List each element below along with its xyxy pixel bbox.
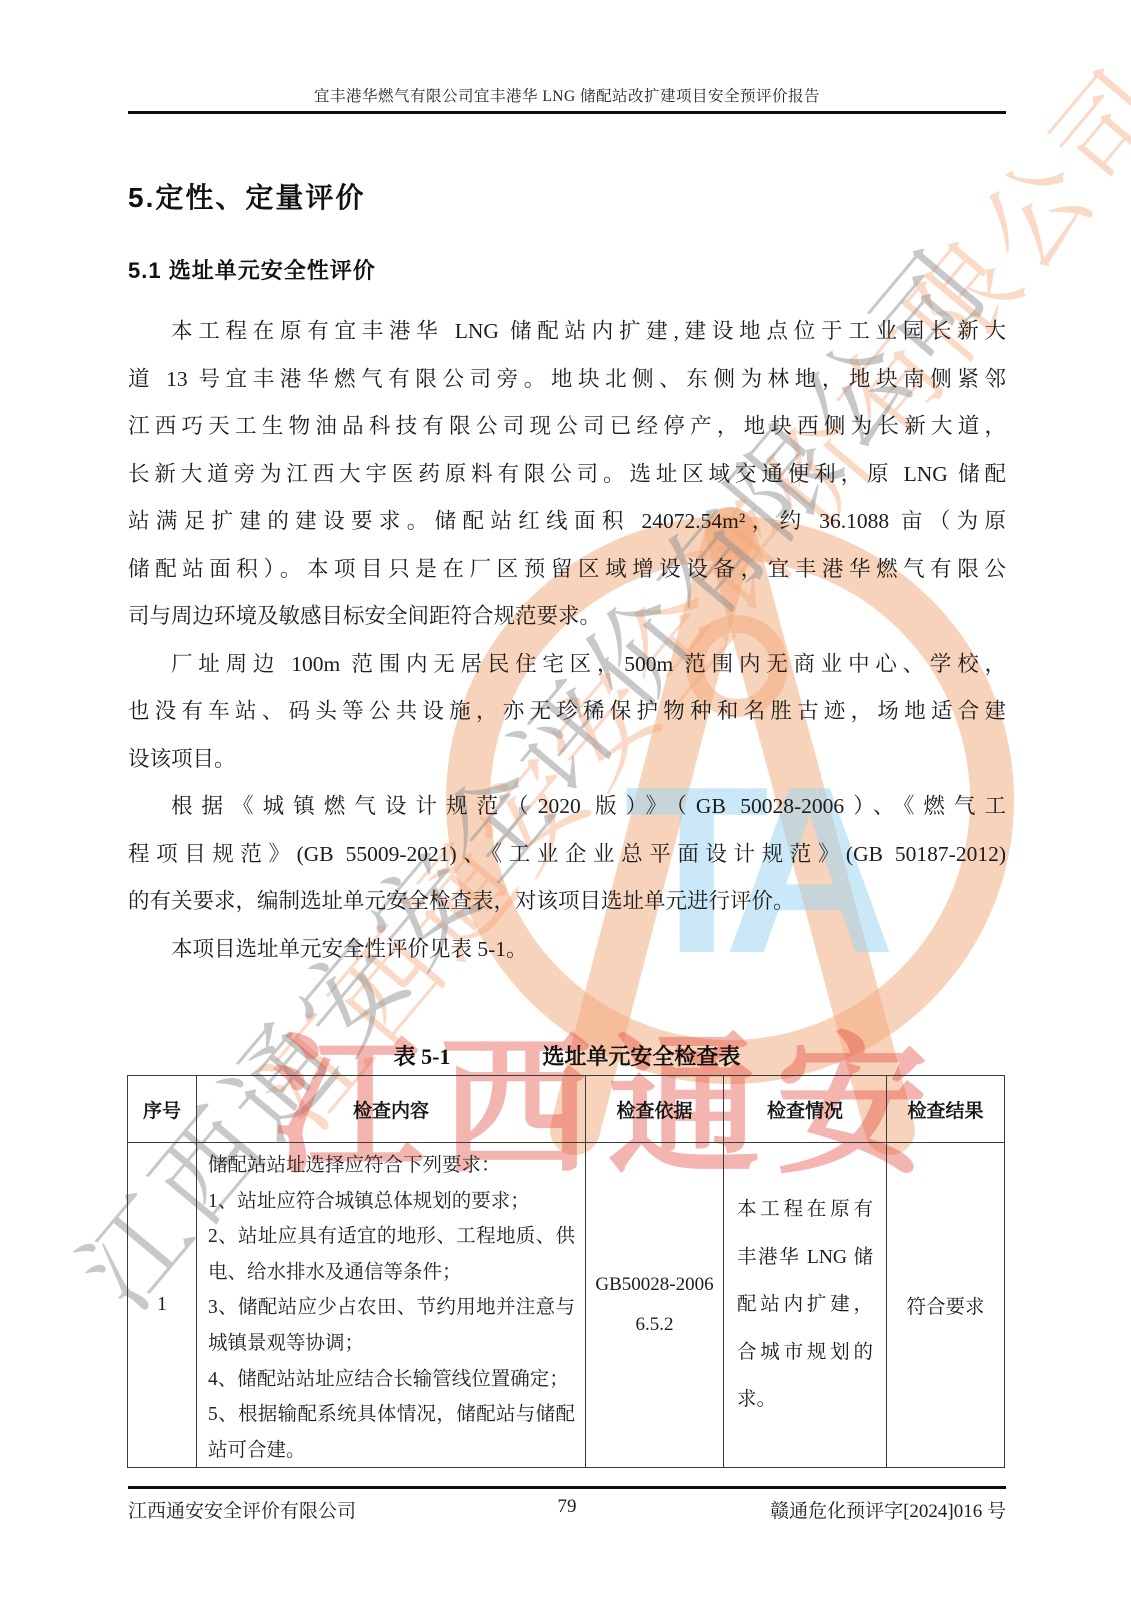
- check-situation-line: 求。: [737, 1376, 873, 1424]
- table-caption-title: 选址单元安全检查表: [542, 1040, 740, 1071]
- body-line: 本工程在原有宜丰港华 LNG 储配站内扩建,建设地点位于工业园长新大: [128, 308, 1006, 356]
- check-situation-line: 配站内扩建，符: [737, 1281, 873, 1329]
- body-line: 的有关要求，编制选址单元安全检查表，对该项目选址单元进行评价。: [128, 878, 1006, 926]
- check-content-line: 城镇景观等协调；: [208, 1326, 575, 1362]
- body-line: 根据《城镇燃气设计规范（2020 版）》（GB 50028-2006）、《燃气工: [128, 783, 1006, 831]
- section-heading: 5.定性、定量评价: [128, 176, 365, 216]
- check-basis-line: 6.5.2: [636, 1305, 674, 1345]
- footer-doc-number: 赣通危化预评字[2024]016 号: [770, 1496, 1006, 1523]
- body-line: 长新大道旁为江西大宇医药原料有限公司。选址区域交通便利，原 LNG 储配: [128, 451, 1006, 499]
- column-header-result: 检查结果: [886, 1076, 1004, 1142]
- column-header-no: 序号: [128, 1076, 196, 1142]
- check-content-line: 1、站址应符合城镇总体规划的要求；: [208, 1184, 575, 1220]
- body-line: 江西巧天工生物油品科技有限公司现公司已经停产，地块西侧为长新大道，: [128, 403, 1006, 451]
- body-line: 厂址周边 100m 范围内无居民住宅区，500m 范围内无商业中心、学校，: [128, 641, 1006, 689]
- body-line: 储配站面积）。本项目只是在厂区预留区域增设设备，宜丰港华燃气有限公: [128, 546, 1006, 594]
- body-line: 程项目规范》(GB 55009-2021)、《工业企业总平面设计规范》(GB 5…: [128, 831, 1006, 879]
- body-line: 设该项目。: [128, 736, 1006, 784]
- check-basis-line: GB50028-2006: [595, 1265, 713, 1305]
- body-line: 司与周边环境及敏感目标安全间距符合规范要求。: [128, 593, 1006, 641]
- body-line: 也没有车站、码头等公共设施，亦无珍稀保护物种和名胜古迹，场地适合建: [128, 688, 1006, 736]
- safety-check-table: 序号 检查内容 检查依据 检查情况 检查结果 1 储配站站址选择应符合下列要求：…: [127, 1075, 1005, 1468]
- body-line: 道 13 号宜丰港华燃气有限公司旁。地块北侧、东侧为林地，地块南侧紧邻: [128, 356, 1006, 404]
- table-row-check-result: 符合要求: [886, 1142, 1004, 1467]
- column-header-situation: 检查情况: [723, 1076, 886, 1142]
- check-content-line: 3、储配站应少占农田、节约用地并注意与: [208, 1290, 575, 1326]
- table-row-no: 1: [128, 1142, 196, 1467]
- footer-rule: [128, 1486, 1006, 1489]
- table-row-check-content: 储配站站址选择应符合下列要求： 1、站址应符合城镇总体规划的要求； 2、站址应具…: [196, 1142, 585, 1467]
- subsection-heading: 5.1 选址单元安全性评价: [128, 254, 376, 285]
- table-row-check-situation: 本工程在原有宜 丰港华 LNG 储 配站内扩建，符 合城市规划的要 求。: [723, 1142, 886, 1467]
- page-footer: 江西通安安全评价有限公司 79 赣通危化预评字[2024]016 号: [128, 1496, 1006, 1522]
- check-content-line: 2、站址应具有适宜的地形、工程地质、供: [208, 1219, 575, 1255]
- check-content-line: 4、储配站站址应结合长输管线位置确定；: [208, 1362, 575, 1398]
- check-situation-line: 丰港华 LNG 储: [737, 1234, 873, 1282]
- body-line: 本项目选址单元安全性评价见表 5-1。: [128, 926, 1006, 974]
- page-content: 宜丰港华燃气有限公司宜丰港华 LNG 储配站改扩建项目安全预评价报告 5.定性、…: [0, 0, 1131, 1600]
- body-line: 站满足扩建的建设要求。储配站红线面积 24072.54m²，约 36.1088 …: [128, 498, 1006, 546]
- body-text: 本工程在原有宜丰港华 LNG 储配站内扩建,建设地点位于工业园长新大 道 13 …: [128, 308, 1006, 973]
- report-header-title: 宜丰港华燃气有限公司宜丰港华 LNG 储配站改扩建项目安全预评价报告: [128, 84, 1006, 106]
- table-row-check-basis: GB50028-2006 6.5.2: [585, 1142, 723, 1467]
- document-page: TA 江西通安安全评价有限公司 江西通安安全评价有限公司 江西通安 宜丰港华燃气…: [0, 0, 1131, 1600]
- header-rule: [128, 111, 1006, 114]
- check-situation-line: 本工程在原有宜: [737, 1186, 873, 1234]
- check-content-line: 储配站站址选择应符合下列要求：: [208, 1148, 575, 1184]
- check-content-line: 站可合建。: [208, 1433, 575, 1467]
- table-caption-label: 表 5-1: [394, 1040, 451, 1071]
- table-caption: 表 5-1 选址单元安全检查表: [128, 1038, 1006, 1072]
- check-situation-line: 合城市规划的要: [737, 1329, 873, 1377]
- column-header-content: 检查内容: [196, 1076, 585, 1142]
- check-content-line: 电、给水排水及通信等条件；: [208, 1255, 575, 1291]
- check-content-line: 5、根据输配系统具体情况，储配站与储配: [208, 1397, 575, 1433]
- column-header-basis: 检查依据: [585, 1076, 723, 1142]
